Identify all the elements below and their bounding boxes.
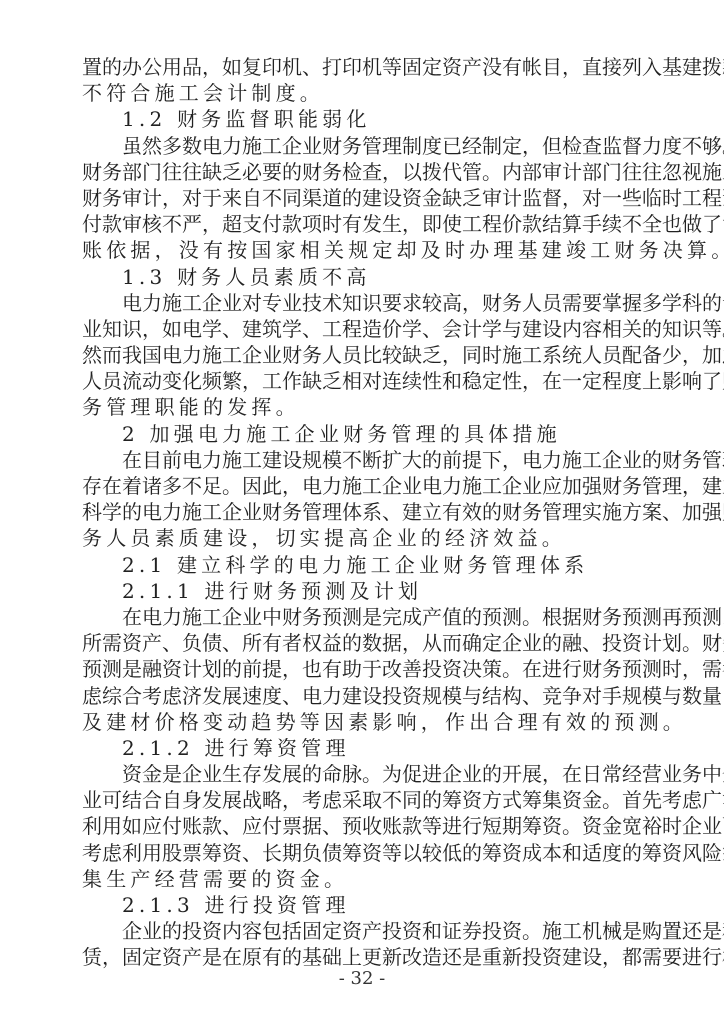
text-line: 所需资产、负债、所有者权益的数据，从而确定企业的融、投资计划。财务 [82,630,646,656]
text-line: 务管理职能的发挥。 [82,394,646,420]
text-line: 付款审核不严，超支付款项时有发生，即使工程价款结算手续不全也做了记 [82,211,646,237]
document-body: 置的办公用品，如复印机、打印机等固定资产没有帐目，直接列入基建拨款，不符合施工会… [82,54,646,971]
section-heading: 1.2 财务监督职能弱化 [82,106,646,132]
section-heading: 1.3 财务人员素质不高 [82,264,646,290]
text-line: 在电力施工企业中财务预测是完成产值的预测。根据财务预测再预测出 [82,604,646,630]
text-line: 不符合施工会计制度。 [82,80,646,106]
text-line: 虑综合考虑济发展速度、电力建设投资规模与结构、竞争对手规模与数量以 [82,683,646,709]
text-line: 业知识，如电学、建筑学、工程造价学、会计学与建设内容相关的知识等。 [82,316,646,342]
text-line: 考虑利用股票筹资、长期负债筹资等以较低的筹资成本和适度的筹资风险筹 [82,840,646,866]
text-line: 集生产经营需要的资金。 [82,866,646,892]
text-line: 人员流动变化频繁，工作缺乏相对连续性和稳定性，在一定程度上影响了财 [82,368,646,394]
text-line: 然而我国电力施工企业财务人员比较缺乏，同时施工系统人员配备少，加之 [82,342,646,368]
text-line: 存在着诸多不足。因此，电力施工企业电力施工企业应加强财务管理，建立 [82,473,646,499]
text-line: 科学的电力施工企业财务管理体系、建立有效的财务管理实施方案、加强财 [82,499,646,525]
text-line: 在目前电力施工建设规模不断扩大的前提下，电力施工企业的财务管理 [82,447,646,473]
text-line: 及建材价格变动趋势等因素影响，作出合理有效的预测。 [82,709,646,735]
page-number: - 32 - [0,968,724,989]
text-line: 预测是融资计划的前提，也有助于改善投资决策。在进行财务预测时，需考 [82,656,646,682]
text-line: 利用如应付账款、应付票据、预收账款等进行短期筹资。资金宽裕时企业可 [82,813,646,839]
text-line: 财务部门往往缺乏必要的财务检查，以拨代管。内部审计部门往往忽视施工 [82,159,646,185]
text-line: 账依据，没有按国家相关规定却及时办理基建竣工财务决算。 [82,237,646,263]
text-line: 虽然多数电力施工企业财务管理制度已经制定，但检查监督力度不够。 [82,133,646,159]
section-heading: 2.1.3 进行投资管理 [82,892,646,918]
section-heading: 2 加强电力施工企业财务管理的具体措施 [82,421,646,447]
text-line: 赁，固定资产是在原有的基础上更新改造还是重新投资建设，都需要进行相 [82,944,646,970]
text-line: 置的办公用品，如复印机、打印机等固定资产没有帐目，直接列入基建拨款， [82,54,646,80]
text-line: 业可结合自身发展战略，考虑采取不同的筹资方式筹集资金。首先考虑广泛 [82,787,646,813]
text-line: 企业的投资内容包括固定资产投资和证券投资。施工机械是购置还是租 [82,918,646,944]
text-line: 电力施工企业对专业技术知识要求较高，财务人员需要掌握多学科的专 [82,290,646,316]
section-heading: 2.1 建立科学的电力施工企业财务管理体系 [82,552,646,578]
text-line: 务人员素质建设，切实提高企业的经济效益。 [82,525,646,551]
section-heading: 2.1.2 进行筹资管理 [82,735,646,761]
text-line: 财务审计，对于来自不同渠道的建设资金缺乏审计监督，对一些临时工程预 [82,185,646,211]
text-line: 资金是企业生存发展的命脉。为促进企业的开展，在日常经营业务中企 [82,761,646,787]
section-heading: 2.1.1 进行财务预测及计划 [82,578,646,604]
